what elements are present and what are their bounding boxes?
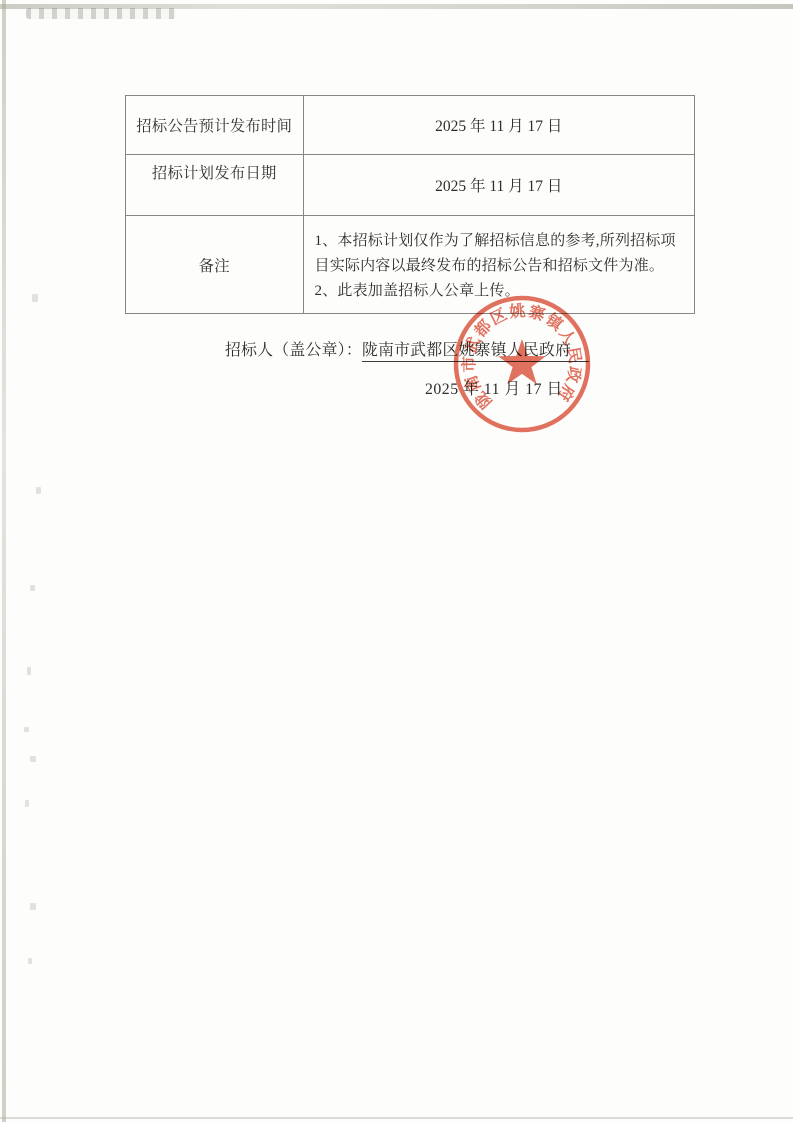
svg-text:南: 南 <box>461 373 485 395</box>
official-seal: 陇南市武都区姚寨镇人民政府 <box>450 292 594 436</box>
remark-line: 目实际内容以最终发布的招标公告和招标文件为准。 <box>315 254 695 279</box>
seal-star-icon <box>498 339 546 384</box>
remark-text: 1、本招标计划仅作为了解招标信息的参考,所列招标项 目实际内容以最终发布的招标公… <box>304 216 695 304</box>
row-label: 招标计划发布日期 <box>126 155 304 215</box>
row-value: 2025 年 11 月 17 日 <box>304 155 695 215</box>
svg-text:民: 民 <box>564 346 584 365</box>
row-label: 备注 <box>126 216 304 313</box>
table-row-plan-publish-date: 招标计划发布日期 2025 年 11 月 17 日 <box>126 154 694 215</box>
signature-prefix: 招标人（盖公章）： <box>225 342 362 359</box>
scanned-document-page: 招标公告预计发布时间 2025 年 11 月 17 日 招标计划发布日期 202… <box>0 0 793 1122</box>
scan-edge-bottom <box>0 1117 793 1119</box>
scan-speck <box>30 585 35 591</box>
row-label: 招标公告预计发布时间 <box>126 96 304 154</box>
scan-speck <box>27 667 31 675</box>
table-row-remarks: 备注 1、本招标计划仅作为了解招标信息的参考,所列招标项 目实际内容以最终发布的… <box>126 215 694 313</box>
scan-speck <box>30 756 36 762</box>
scan-speck <box>24 727 29 732</box>
svg-text:姚: 姚 <box>509 301 527 321</box>
scan-speck <box>25 800 29 807</box>
scan-speck <box>32 294 38 302</box>
table-row-announcement-time: 招标公告预计发布时间 2025 年 11 月 17 日 <box>126 96 694 154</box>
scan-edge-left <box>2 0 6 1122</box>
row-value: 2025 年 11 月 17 日 <box>304 96 695 154</box>
scan-speck <box>30 903 36 910</box>
svg-text:政: 政 <box>563 365 585 385</box>
svg-text:市: 市 <box>459 356 478 372</box>
tender-plan-table: 招标公告预计发布时间 2025 年 11 月 17 日 招标计划发布日期 202… <box>125 95 695 314</box>
scan-speck <box>36 487 41 494</box>
scan-speck <box>28 958 32 964</box>
scan-smudge <box>26 8 176 19</box>
remark-line: 1、本招标计划仅作为了解招标信息的参考,所列招标项 <box>315 229 695 254</box>
